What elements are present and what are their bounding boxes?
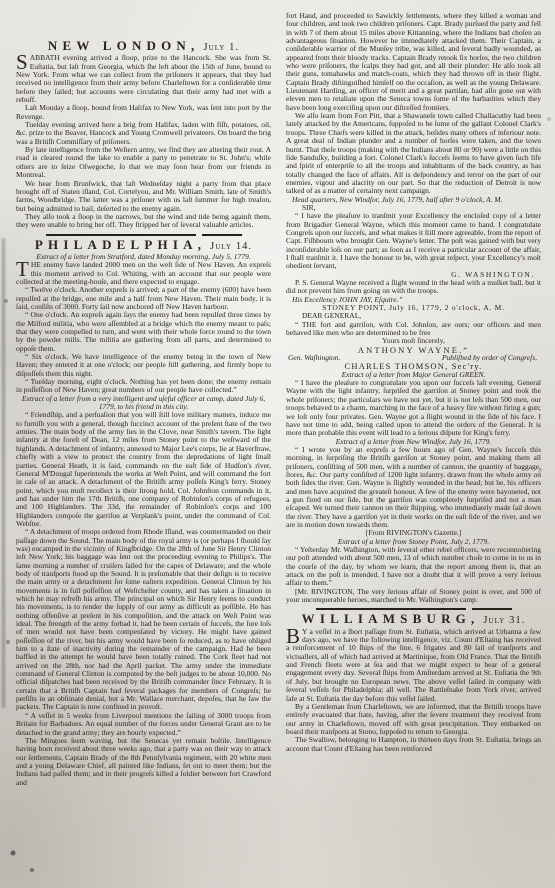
paragraph: BY a veſſel in a ſhort paſſage from St. … [286, 628, 541, 703]
paper-specks [0, 0, 2, 2]
paragraph: “ Friendſhip, and a perſuaſion that you … [16, 411, 271, 528]
ink-smudge-left-edge [2, 238, 5, 708]
paragraph: “ Yeſterday Mr. Waſhington, with ſeveral… [286, 546, 541, 588]
paragraph: They alſo took a ſloop in the narrows, b… [16, 213, 271, 230]
column-left: NEW LONDON,July 1.SABBATH evening arrive… [16, 12, 271, 787]
drop-cap: T [16, 261, 31, 278]
page-columns: NEW LONDON,July 1.SABBATH evening arrive… [0, 0, 555, 787]
addressee: Gen. Waſhington. [288, 354, 340, 362]
paragraph: “ Six o'clock. We have intelligence of t… [16, 353, 271, 378]
paragraph: SABBATH evening arrived a ſloop, prize t… [16, 54, 271, 104]
newspaper-page: NEW LONDON,July 1.SABBATH evening arrive… [0, 0, 555, 888]
section-date: July 1. [203, 42, 239, 53]
paragraph: Laſt Monday a ſloop, bound from Halifax … [16, 104, 271, 121]
paragraph: “ Twelve o'clock. Another expreſs is arr… [16, 286, 271, 311]
paragraph: The Swallow, belonging to Hampton, in th… [286, 736, 541, 753]
drop-cap: B [286, 628, 302, 645]
section-heading: NEW LONDON,July 1. [16, 42, 271, 52]
paragraph: We alſo learn from Fort Pitt, that a Sha… [286, 112, 541, 195]
divider-segment [472, 608, 512, 610]
drop-cap: S [16, 54, 30, 71]
paragraph: “ THE fort and garriſon, with Col. Johnſ… [286, 321, 541, 338]
paragraph: fort Hand, and proceeded to Sawickly ſet… [286, 12, 541, 112]
dateline: Head quarters, New Windſor, July 16, 177… [286, 196, 541, 204]
paragraph: [Mr. RIVINGTON, The very ſerious affair … [286, 588, 541, 605]
paragraph: “ I wrote you by an expreſs a few hours … [286, 446, 541, 529]
paragraph: “ Tueſday morning, eight o'clock. Nothin… [16, 378, 271, 395]
column-right: fort Hand, and proceeded to Sawickly ſet… [286, 12, 541, 787]
divider-segment [202, 234, 242, 236]
paragraph: “ A detachment of troops ordered from Rh… [16, 528, 271, 712]
paragraph: “ I have the pleaſure to tranſmit your E… [286, 212, 541, 270]
section-heading: PHILADELPHIA,July 14. [16, 241, 271, 251]
section-heading: WILLIAMSBURG,July 31. [286, 615, 541, 625]
divider-segment [316, 608, 466, 610]
paragraph: By late intelligence from the Weſtern ar… [16, 146, 271, 179]
paragraph: “ I have the pleaſure to congratulate yo… [286, 379, 541, 437]
section-title: PHILADELPHIA, [35, 237, 206, 252]
section-title: WILLIAMSBURG, [302, 611, 480, 626]
paragraph: The Mingoes ſeem waving, but the Senecas… [16, 737, 271, 787]
section-date: July 14. [210, 241, 252, 252]
paragraph: We hear from Brunſwick, that laſt Wedneſ… [16, 180, 271, 213]
paragraph: P. S. General Wayne received a ſlight wo… [286, 279, 541, 296]
divider-segment [46, 234, 196, 236]
letter-extract-heading: Extract of a letter from a very intellig… [16, 395, 271, 412]
section-date: July 31. [483, 615, 525, 626]
paragraph: “ A veſſel in 5 weeks from Liverpool men… [16, 712, 271, 737]
section-divider [16, 234, 271, 236]
section-divider [286, 608, 541, 610]
section-title: NEW LONDON, [48, 38, 200, 53]
paragraph: By a Gentleman from Charleſtown, we are … [286, 703, 541, 736]
paragraph: “ One o'clock. An expreſs again ſays the… [16, 311, 271, 353]
paragraph: THE enemy have landed 2000 men on the we… [16, 261, 271, 286]
paragraph: Tueſday evening arrived here a brig from… [16, 121, 271, 146]
